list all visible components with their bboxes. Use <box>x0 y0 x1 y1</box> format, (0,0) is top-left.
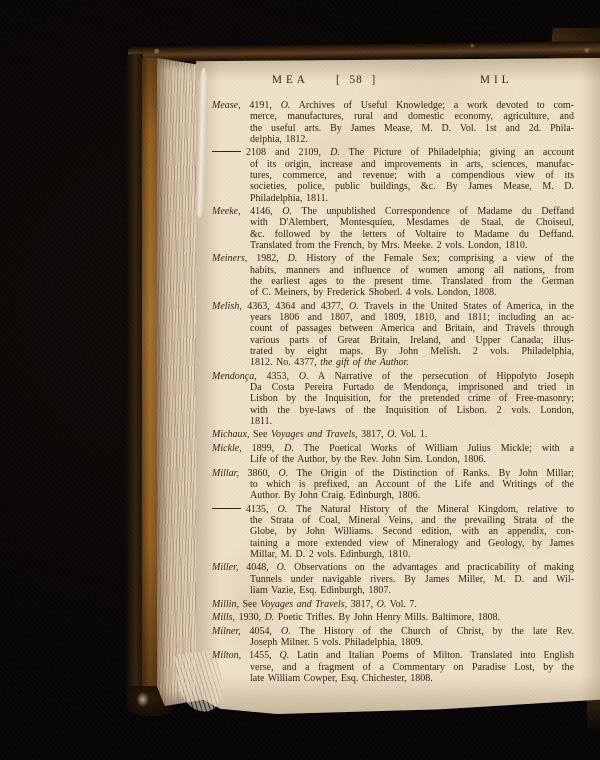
catalog-entry: Mills, 1930, D. Poetic Trifles. By John … <box>212 612 574 623</box>
entry-line: Globe, by John Williams. Second edition,… <box>250 526 574 537</box>
entry-line: Millin, See Voyages and Travels, 3817, O… <box>212 599 574 610</box>
entry-line: tures, commerce, and revenue; with a com… <box>250 170 574 181</box>
entry-line: societies, police, public buildings, &c.… <box>250 181 574 192</box>
entry-line: with D'Alembert, Montesquieu, Mesdames d… <box>250 217 574 228</box>
entry-line: late William Cowper, Esq. Chichester, 18… <box>250 673 574 684</box>
entry-line: of C. Meiners, by Frederick Shoberl. 4 v… <box>250 287 574 298</box>
entry-line: Milner, 4054, O. The History of the Chur… <box>212 626 574 637</box>
catalog-entry: Milner, 4054, O. The History of the Chur… <box>212 626 574 649</box>
header-right-word: MIL <box>480 74 513 86</box>
entry-line: Translated from the French, by Mrs. Meek… <box>250 240 574 251</box>
catalog-entry: Millar, 3860, O. The Origin of the Disti… <box>212 468 574 502</box>
header-left-word: MEA <box>272 74 309 86</box>
entry-line: Melish, 4363, 4364 and 4377, O. Travels … <box>212 301 574 312</box>
entry-line: 4135, O. The Natural History of the Mine… <box>212 504 574 515</box>
entry-line: with the bye-laws of the Inquisition of … <box>250 405 574 416</box>
entry-line: the earliest ages to the present time. T… <box>250 276 574 287</box>
entry-line: 2108 and 2109, D. The Picture of Philade… <box>212 147 574 158</box>
catalog-entry: Milton, 1455, Q. Latin and Italian Poems… <box>212 650 574 684</box>
entry-line: Mease, 4191, O. Archives of Useful Knowl… <box>212 100 574 111</box>
entry-line: merce, manufactures, rural and domestic … <box>250 111 574 122</box>
book-photo: MEA [ 58 ] MIL Mease, 4191, O. Archives … <box>0 0 600 760</box>
entry-line: years 1806 and 1807, and 1809, 1810, and… <box>250 312 574 323</box>
entry-line: Lisbon by the Inquisition, for the prete… <box>250 393 574 404</box>
printed-text-block: MEA [ 58 ] MIL Mease, 4191, O. Archives … <box>212 74 574 686</box>
entry-line: taining a more extended view of Mineralo… <box>250 538 574 549</box>
entry-line: Millar, 3860, O. The Origin of the Disti… <box>212 468 574 479</box>
catalog-entry: Meiners, 1982, D. History of the Female … <box>212 253 574 298</box>
catalog-entry: 4135, O. The Natural History of the Mine… <box>212 504 574 560</box>
repeat-author-dash <box>212 507 241 509</box>
entry-line: verse, and a fragment of a Commentary on… <box>250 662 574 673</box>
entry-line: Mickle, 1899, D. The Poetical Works of W… <box>212 443 574 454</box>
entry-line: habits, manners and influence of women a… <box>250 265 574 276</box>
entry-line: Philadelphia, 1811. <box>250 193 574 204</box>
entry-line: of its origin, increase and improvements… <box>250 159 574 170</box>
entry-line: delphia, 1812. <box>250 134 574 145</box>
entry-line: Joseph Milner. 5 vols. Philadelphia, 180… <box>250 637 574 648</box>
book-leather-spine <box>142 58 159 708</box>
entry-line: the useful arts. By James Mease, M. D. V… <box>250 123 574 134</box>
entry-line: &c. followed by the letters of Voltaire … <box>250 229 574 240</box>
entry-line: 1811. <box>250 416 574 427</box>
entry-line: count of passages between America and Br… <box>250 323 574 334</box>
catalog-entry: Mendonça, 4353, O. A Narrative of the pe… <box>212 371 574 427</box>
entry-line: Meeke, 4146, O. The unpublished Correspo… <box>212 206 574 217</box>
entry-line: Miller, 4048, O. Observations on the adv… <box>212 562 574 573</box>
page-number: [ 58 ] <box>336 74 376 86</box>
catalog-entry: Millin, See Voyages and Travels, 3817, O… <box>212 599 574 610</box>
entry-line: Life of the Author, by the Rev. John Sim… <box>250 454 574 465</box>
repeat-author-dash <box>212 150 241 152</box>
entry-line: various parts of Great Britain, Ireland,… <box>250 335 574 346</box>
catalog-entry: Mease, 4191, O. Archives of Useful Knowl… <box>212 100 574 145</box>
catalog-entry: Miller, 4048, O. Observations on the adv… <box>212 562 574 596</box>
catalog-entry: Mickle, 1899, D. The Poetical Works of W… <box>212 443 574 466</box>
catalog-entry: Meeke, 4146, O. The unpublished Correspo… <box>212 206 574 251</box>
entry-line: Tunnels under navigable rivers. By James… <box>250 574 574 585</box>
entry-line: Meiners, 1982, D. History of the Female … <box>212 253 574 264</box>
entry-line: Da Costa Pereira Furtado de Mendonça, im… <box>250 382 574 393</box>
entry-line: 1812. No. 4377, the gift of the Author. <box>250 357 574 368</box>
catalog-entry: Melish, 4363, 4364 and 4377, O. Travels … <box>212 301 574 369</box>
entry-line: Milton, 1455, Q. Latin and Italian Poems… <box>212 650 574 661</box>
entry-line: the Strata of Coal, Mineral Veins, and t… <box>250 515 574 526</box>
catalog-entry: Michaux, See Voyages and Travels, 3817, … <box>212 429 574 440</box>
entry-line: Millar, M. D. 2 vols. Edinburgh, 1810. <box>250 549 574 560</box>
entry-line: trated by eight maps. By John Melish. 2 … <box>250 346 574 357</box>
entry-line: Mills, 1930, D. Poetic Trifles. By John … <box>212 612 574 623</box>
running-header: MEA [ 58 ] MIL <box>212 74 574 88</box>
entry-line: to which is prefixed, an Account of the … <box>250 479 574 490</box>
catalog-entry: 2108 and 2109, D. The Picture of Philade… <box>212 147 574 203</box>
entry-line: Michaux, See Voyages and Travels, 3817, … <box>212 429 574 440</box>
entry-list: Mease, 4191, O. Archives of Useful Knowl… <box>212 100 574 684</box>
entry-line: Mendonça, 4353, O. A Narrative of the pe… <box>212 371 574 382</box>
entry-line: liam Vazie, Esq. Edinburgh, 1807. <box>250 585 574 596</box>
entry-line: Author. By John Craig. Edinburgh, 1806. <box>250 490 574 501</box>
book-spine-shadow <box>126 54 143 712</box>
